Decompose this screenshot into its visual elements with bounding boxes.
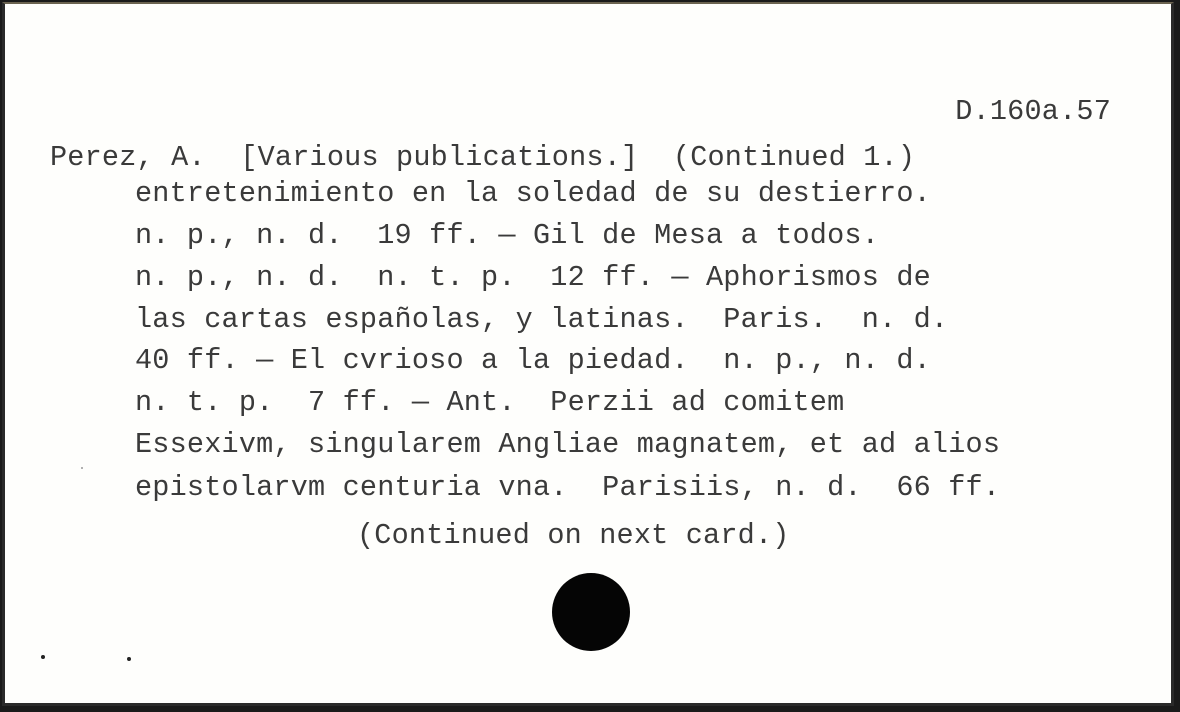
call-number: D.160a.57 bbox=[955, 98, 1111, 127]
punch-hole-icon bbox=[552, 573, 630, 651]
speck-mark-icon bbox=[81, 467, 83, 469]
mark-dot-icon bbox=[41, 655, 45, 659]
heading-line: Perez, A. [Various publications.] (Conti… bbox=[50, 144, 915, 173]
catalog-card: D.160a.57 Perez, A. [Various publication… bbox=[2, 2, 1174, 706]
body-line: 40 ff. — El cvrioso a la piedad. n. p., … bbox=[135, 347, 931, 376]
body-line: entretenimiento en la soledad de su dest… bbox=[135, 180, 931, 209]
body-line: n. p., n. d. 19 ff. — Gil de Mesa a todo… bbox=[135, 222, 879, 251]
body-line: epistolarvm centuria vna. Parisiis, n. d… bbox=[135, 474, 1000, 503]
body-line: las cartas españolas, y latinas. Paris. … bbox=[135, 306, 948, 335]
mark-dot-icon bbox=[127, 657, 131, 661]
continuation-note: (Continued on next card.) bbox=[357, 522, 790, 551]
body-line: n. t. p. 7 ff. — Ant. Perzii ad comitem bbox=[135, 389, 844, 418]
body-line: n. p., n. d. n. t. p. 12 ff. — Aphorismo… bbox=[135, 264, 931, 293]
body-line: Essexivm, singularem Angliae magnatem, e… bbox=[135, 431, 1000, 460]
